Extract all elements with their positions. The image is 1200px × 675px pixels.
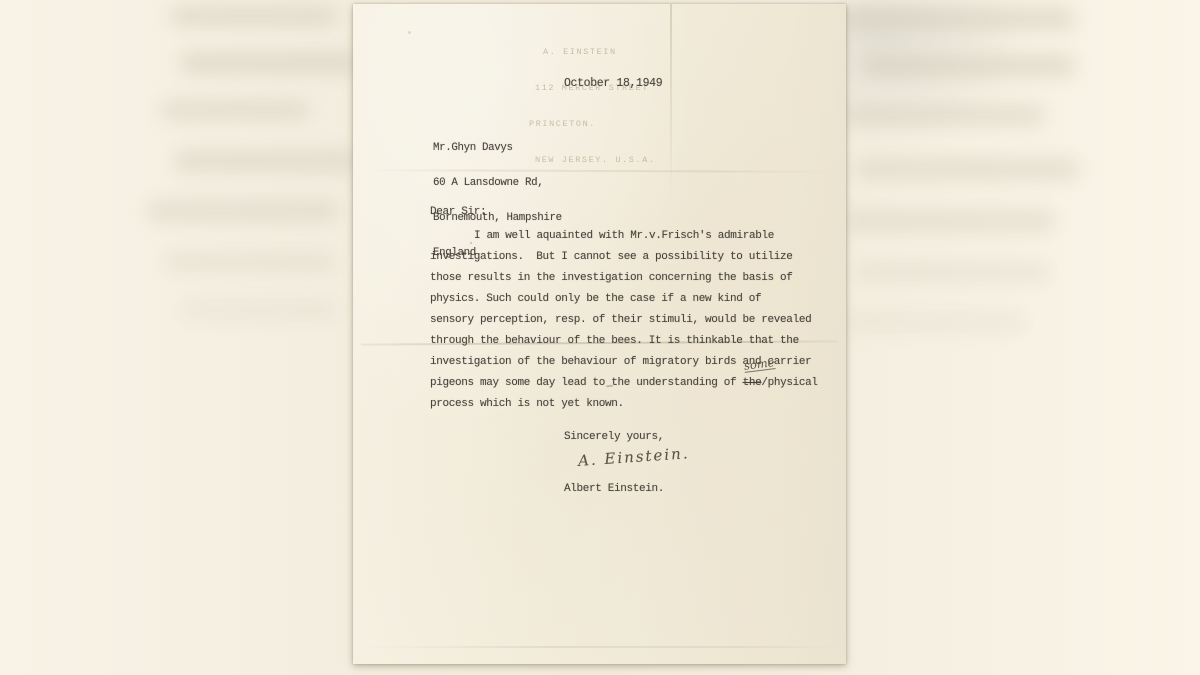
handwritten-signature: A. Einstein. (578, 444, 691, 470)
background-blur-left (148, 0, 360, 370)
blur-band (845, 8, 1075, 30)
address-line: 60 A Lansdowne Rd, (433, 178, 562, 190)
body-line-edited: pigeons may some day lead to the underst… (430, 373, 830, 394)
blur-band (845, 210, 1055, 232)
blur-band (174, 150, 358, 172)
fold-crease-horizontal-bottom (363, 646, 836, 648)
blur-band (148, 200, 338, 222)
blur-band (845, 312, 1025, 332)
blur-band (180, 300, 338, 320)
body-line: physics. Such could only be the case if … (430, 289, 830, 310)
body-line: investigations. But I cannot see a possi… (430, 247, 830, 268)
body-line: those results in the investigation conce… (430, 268, 830, 289)
body-line: through the behaviour of the bees. It is… (430, 331, 830, 352)
blur-band (160, 100, 310, 120)
blur-band (861, 55, 1075, 77)
typed-signature: Albert Einstein. (564, 483, 664, 495)
blur-band (855, 262, 1050, 282)
letter-paper: A. EINSTEIN 112 MERCER STREET PRINCETON.… (353, 4, 846, 664)
background-blur-right (845, 0, 1120, 370)
blur-band (164, 252, 334, 272)
body-line: sensory perception, resp. of their stimu… (430, 310, 830, 331)
blur-band (855, 158, 1079, 180)
address-line: Mr.Ghyn Davys (433, 143, 562, 155)
paper-speck (408, 31, 411, 34)
body-line: process which is not yet known. (430, 394, 830, 415)
strikethrough-word: the (743, 377, 762, 389)
body-line: I am well aquainted with Mr.v.Frisch's a… (430, 226, 830, 247)
blur-band (180, 52, 358, 74)
letterhead-line: A. EINSTEIN (529, 46, 656, 58)
body-paragraph: I am well aquainted with Mr.v.Frisch's a… (430, 226, 830, 415)
letter-photo: A. EINSTEIN 112 MERCER STREET PRINCETON.… (0, 0, 1200, 675)
blur-band (845, 105, 1045, 125)
blur-band (170, 6, 338, 26)
edited-line-suffix: physical (768, 377, 818, 389)
edited-line-prefix: pigeons may some day lead to the underst… (430, 377, 743, 389)
date-line: October 18,1949 (564, 77, 662, 90)
closing-salutation: Sincerely yours, (564, 431, 664, 443)
salutation: Dear Sir: (430, 206, 486, 218)
